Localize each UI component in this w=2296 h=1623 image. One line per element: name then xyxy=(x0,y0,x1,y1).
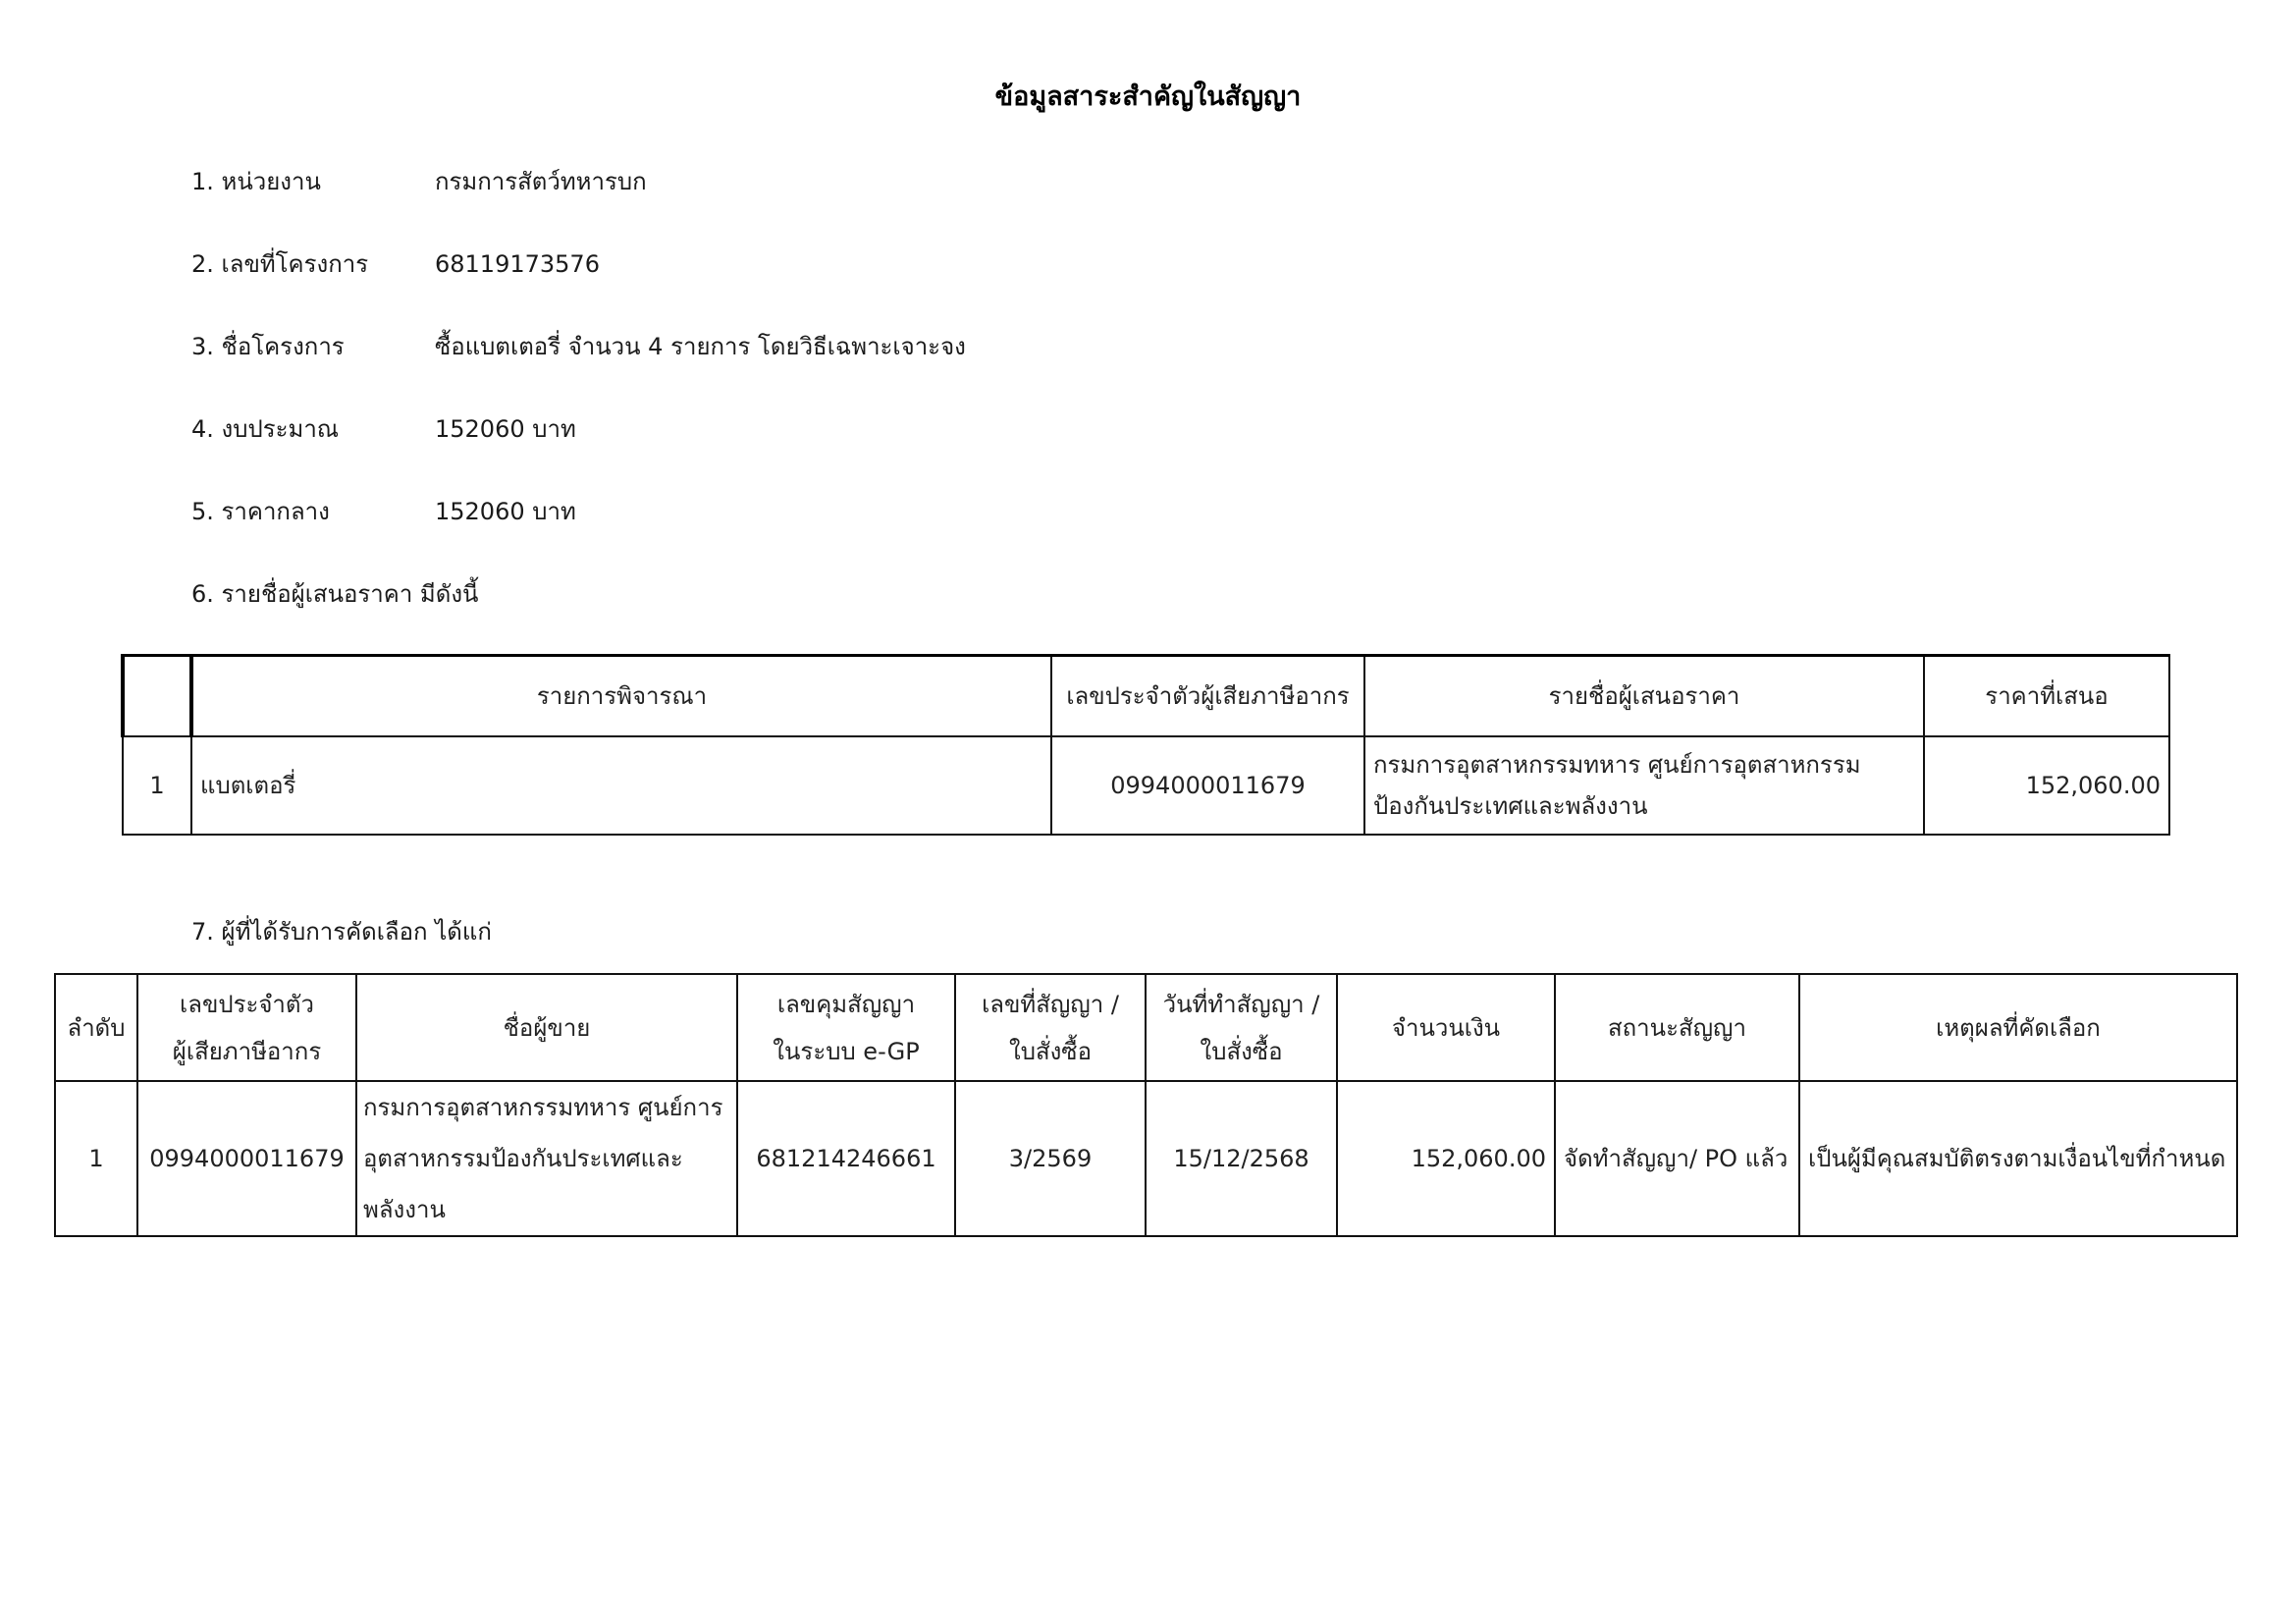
winners-header-tax-id-line-1: เลขประจำตัว xyxy=(146,981,347,1028)
table-row: 1 แบตเตอรี่ 0994000011679 กรมการอุตสาหกร… xyxy=(123,736,2169,835)
winners-header-contract-no-line-2: ใบสั่งซื้อ xyxy=(964,1028,1137,1075)
winners-header-reason: เหตุผลที่คัดเลือก xyxy=(1799,974,2237,1081)
winners-header-status: สถานะสัญญา xyxy=(1555,974,1799,1081)
bidders-table: รายการพิจารณา เลขประจำตัวผู้เสียภาษีอากร… xyxy=(121,654,2170,836)
field-label-project-name: 3. ชื่อโครงการ xyxy=(191,332,345,361)
field-label-project-number: 2. เลขที่โครงการ xyxy=(191,249,368,279)
winners-header-contract-no: เลขที่สัญญา / ใบสั่งซื้อ xyxy=(955,974,1146,1081)
bidders-header-tax-id: เลขประจำตัวผู้เสียภาษีอากร xyxy=(1051,656,1364,737)
field-label-budget: 4. งบประมาณ xyxy=(191,414,339,444)
winners-cell-no: 1 xyxy=(55,1081,137,1236)
field-value-project-name: ซื้อแบตเตอรี่ จำนวน 4 รายการ โดยวิธีเฉพา… xyxy=(435,332,966,361)
winners-header-contract-date-line-2: ใบสั่งซื้อ xyxy=(1154,1028,1328,1075)
winners-table: ลำดับ เลขประจำตัว ผู้เสียภาษีอากร ชื่อผู… xyxy=(54,973,2238,1237)
field-label-agency: 1. หน่วยงาน xyxy=(191,167,321,196)
winners-header-tax-id: เลขประจำตัว ผู้เสียภาษีอากร xyxy=(137,974,356,1081)
field-value-project-number: 68119173576 xyxy=(435,249,600,279)
bidders-cell-bidder: กรมการอุตสาหกรรมทหาร ศูนย์การอุตสาหกรรม … xyxy=(1364,736,1924,835)
winners-header-control-no-line-2: ในระบบ e-GP xyxy=(746,1028,946,1075)
winners-cell-tax-id: 0994000011679 xyxy=(137,1081,356,1236)
section-6-heading: 6. รายชื่อผู้เสนอราคา มีดังนี้ xyxy=(191,579,478,609)
field-label-reference-price: 5. ราคากลาง xyxy=(191,497,330,526)
field-value-agency: กรมการสัตว์ทหารบก xyxy=(435,167,647,196)
bidders-cell-price: 152,060.00 xyxy=(1924,736,2169,835)
field-value-budget: 152060 บาท xyxy=(435,414,576,444)
section-7-heading: 7. ผู้ที่ได้รับการคัดเลือก ได้แก่ xyxy=(191,917,492,947)
winners-cell-amount: 152,060.00 xyxy=(1337,1081,1555,1236)
seller-name-line-3: พลังงาน xyxy=(363,1184,728,1235)
bidders-table-header: รายการพิจารณา เลขประจำตัวผู้เสียภาษีอากร… xyxy=(123,656,2169,737)
bidder-name-line-2: ป้องกันประเทศและพลังงาน xyxy=(1373,785,1915,827)
bidders-cell-item: แบตเตอรี่ xyxy=(191,736,1051,835)
winners-header-tax-id-line-2: ผู้เสียภาษีอากร xyxy=(146,1028,347,1075)
winners-cell-contract-date: 15/12/2568 xyxy=(1146,1081,1337,1236)
table-row: 1 0994000011679 กรมการอุตสาหกรรมทหาร ศูน… xyxy=(55,1081,2237,1236)
bidders-header-price: ราคาที่เสนอ xyxy=(1924,656,2169,737)
seller-name-line-1: กรมการอุตสาหกรรมทหาร ศูนย์การ xyxy=(363,1082,728,1133)
winners-header-contract-date: วันที่ทำสัญญา / ใบสั่งซื้อ xyxy=(1146,974,1337,1081)
document-title: ข้อมูลสาระสำคัญในสัญญา xyxy=(0,75,2296,117)
seller-name-line-2: อุตสาหกรรมป้องกันประเทศและ xyxy=(363,1133,728,1184)
winners-cell-control-no: 681214246661 xyxy=(737,1081,955,1236)
bidders-cell-no: 1 xyxy=(123,736,191,835)
bidders-header-no xyxy=(123,656,191,737)
winners-header-contract-no-line-1: เลขที่สัญญา / xyxy=(964,981,1137,1028)
winners-header-amount: จำนวนเงิน xyxy=(1337,974,1555,1081)
winners-header-control-no-line-1: เลขคุมสัญญา xyxy=(746,981,946,1028)
winners-cell-reason: เป็นผู้มีคุณสมบัติตรงตามเงื่อนไขที่กำหนด xyxy=(1799,1081,2237,1236)
winners-cell-seller: กรมการอุตสาหกรรมทหาร ศูนย์การ อุตสาหกรรม… xyxy=(356,1081,737,1236)
winners-header-contract-date-line-1: วันที่ทำสัญญา / xyxy=(1154,981,1328,1028)
winners-cell-status: จัดทำสัญญา/ PO แล้ว xyxy=(1555,1081,1799,1236)
winners-header-control-no: เลขคุมสัญญา ในระบบ e-GP xyxy=(737,974,955,1081)
winners-cell-contract-no: 3/2569 xyxy=(955,1081,1146,1236)
winners-header-no: ลำดับ xyxy=(55,974,137,1081)
field-value-reference-price: 152060 บาท xyxy=(435,497,576,526)
bidders-cell-tax-id: 0994000011679 xyxy=(1051,736,1364,835)
bidders-header-bidder: รายชื่อผู้เสนอราคา xyxy=(1364,656,1924,737)
winners-table-header: ลำดับ เลขประจำตัว ผู้เสียภาษีอากร ชื่อผู… xyxy=(55,974,2237,1081)
winners-header-seller: ชื่อผู้ขาย xyxy=(356,974,737,1081)
bidder-name-line-1: กรมการอุตสาหกรรมทหาร ศูนย์การอุตสาหกรรม xyxy=(1373,744,1915,785)
bidders-header-item: รายการพิจารณา xyxy=(191,656,1051,737)
